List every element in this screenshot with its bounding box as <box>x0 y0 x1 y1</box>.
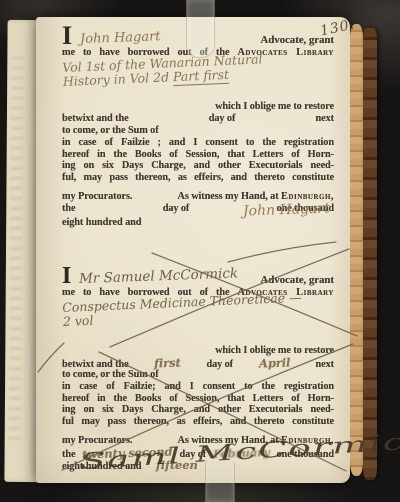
photographed-register-page: 130. I John Hagart Advocate, grant me to… <box>0 0 400 502</box>
page-stack-edge <box>350 24 363 476</box>
film-clip-top <box>186 0 215 58</box>
book-title-underlined: Part first <box>173 67 230 86</box>
body-line: hereof in the Books of Session, that Let… <box>62 149 334 161</box>
betwixt-line: betwixt and the day of next <box>62 113 334 125</box>
borrower-signature: John Hagart <box>243 200 330 219</box>
body-line: hereof in the Books of Session, that Let… <box>62 393 334 405</box>
handwritten-restore-day: first <box>154 357 181 370</box>
eight-hundred-label: eight hundred and <box>62 217 141 228</box>
body-line: in case of Failzie; and I consent to the… <box>62 381 334 393</box>
procurators-label: my Procurators. <box>62 191 132 203</box>
borrow-entry-2: I Mr Samuel McCormick Advocate, grant me… <box>62 266 334 471</box>
day-of-label: day of <box>206 359 233 371</box>
spacer <box>62 329 334 345</box>
body-line: ing on six Days Charge, and other Execut… <box>62 404 334 416</box>
next-label: next <box>315 359 333 371</box>
initial-letter: I <box>62 26 72 46</box>
day-of-label: day of <box>163 203 190 215</box>
handwritten-restore-month: April <box>258 356 290 369</box>
film-clip-bottom <box>205 460 235 502</box>
next-label: next <box>315 113 333 125</box>
the-label: the <box>62 203 75 215</box>
body-line: ing on six Days Charge, and other Execut… <box>62 160 334 172</box>
spacer <box>62 427 334 435</box>
book-title-line2-text: History in Vol 2d <box>63 69 170 89</box>
betwixt-label: betwixt and the <box>62 113 129 125</box>
borrower-name-script: John Hagart <box>80 26 255 47</box>
body-line: ful, may pass thereon, as effeirs, and t… <box>62 172 334 184</box>
spacer <box>62 89 334 101</box>
entry-header: I Mr Samuel McCormick Advocate, grant <box>62 266 334 286</box>
book-title-line2-text: 2 vol <box>63 313 94 329</box>
book-cover-edge <box>363 28 377 480</box>
sum-line: to come, or the Sum of <box>62 125 334 137</box>
initial-letter: I <box>62 266 71 286</box>
body-line: in case of Failzie ; and I consent to th… <box>62 137 334 149</box>
body-line: ful may pass thereon, as effeirs, and th… <box>62 416 334 428</box>
sum-line: to come, or the Sum of <box>62 369 334 381</box>
oblige-line: which I oblige me to restore <box>62 101 334 113</box>
day-of-label: day of <box>209 113 236 125</box>
witness-label: As witness my Hand, at <box>177 191 278 202</box>
oblige-line: which I oblige me to restore <box>62 345 334 357</box>
borrower-name-script: Mr Samuel McCormick <box>79 265 255 287</box>
betwixt-line: betwixt and the first day of April next <box>62 357 334 369</box>
advocate-grant-text: Advocate, grant <box>260 274 334 286</box>
spacer <box>62 183 334 191</box>
